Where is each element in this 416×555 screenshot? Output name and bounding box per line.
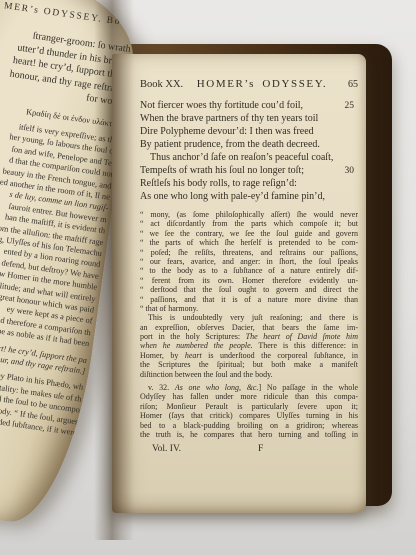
footnote-text: “ the parts of which ſhe herſelf is pret… <box>140 238 358 247</box>
footnote-text: There is this difference: in <box>253 341 358 350</box>
footnote-line: “ mony, (as ſome philoſophically aſſert)… <box>140 210 358 219</box>
verse-text: Not fiercer woes thy fortitude cou’d foi… <box>140 100 303 111</box>
verse-line: Reſtleſs his body rolls, to rage reſign’… <box>140 177 358 190</box>
footnote-line: “ the parts of which ſhe herſelf is pret… <box>140 238 358 247</box>
verse-text: When the brave partners of thy ten years… <box>140 113 318 124</box>
footnote-text: “ we ſee the contrary, we ſee the ſoul g… <box>140 229 358 238</box>
footnote-text: “ paſſions, and that it is of a nature m… <box>140 295 358 304</box>
footnote-text: diſtinction between the ſoul and the bod… <box>140 370 273 379</box>
footnote-text: Odyſſey has fallen under more ridicule t… <box>140 392 358 401</box>
volume-label: Vol. IV. <box>152 444 181 454</box>
footnote-text: heart <box>185 351 202 360</box>
verse-text: By patient prudence, from the death decr… <box>140 139 320 150</box>
footnote-text: Homer, by <box>140 351 185 360</box>
footnote-text: bed to a black-pudding broiling on a gri… <box>140 421 358 430</box>
footnote-line: This is undoubtedly very juſt reaſoning;… <box>140 313 358 322</box>
footnote-line: “ that of harmony. <box>140 304 358 313</box>
footnote-line: v. 32. As one who long, &c.] No paſſage … <box>140 383 358 392</box>
footnote-line: Homer, by heart is underſtood the corpor… <box>140 351 358 360</box>
footnote-text: “ mony, (as ſome philoſophically aſſert)… <box>140 210 358 219</box>
footnote-line: “ paſſions, and that it is of a nature m… <box>140 295 358 304</box>
footnote-line: Odyſſey has fallen under more ridicule t… <box>140 392 358 401</box>
footnote-text: port in the holy Scriptures: <box>140 332 246 341</box>
running-header: Book XX. HOMER’s ODYSSEY. 65 <box>140 78 358 90</box>
footnote-line: the Scriptures the ſpiritual; but both m… <box>140 360 358 369</box>
left-running-header: MER’s ODYSSEY. Book <box>0 0 135 29</box>
footnote-text: the Scriptures the ſpiritual; but both m… <box>140 360 358 369</box>
verse-text: Thus anchor’d ſafe on reaſon’s peaceful … <box>140 152 333 163</box>
verse-text: Tempeſts of wrath his ſoul no longer toſ… <box>140 165 304 176</box>
footnote-line: Homer (ſays that critick) compares Ulyſſ… <box>140 411 358 420</box>
footnote-text: when he numbered the people. <box>140 341 253 350</box>
verse-line: As one who long with pale-ey’d famine pi… <box>140 190 358 203</box>
footnote-line: “ act diſcordantly from the parts which … <box>140 219 358 228</box>
footnote-text: “ poſed; ſhe reſiſts, threatens, and reſ… <box>140 248 358 257</box>
book-photo: MER’s ODYSSEY. Book ſtranger-groom: ſo w… <box>0 0 416 555</box>
footnote-line: the truth is, he compares that hero turn… <box>140 430 358 439</box>
footnote-block: “ mony, (as ſome philoſophically aſſert)… <box>140 210 358 439</box>
footnote-line: “ we ſee the contrary, we ſee the ſoul g… <box>140 229 358 238</box>
footnote-text: the truth is, he compares that hero turn… <box>140 430 358 439</box>
verse-line: By patient prudence, from the death decr… <box>140 138 358 151</box>
verse-line: Dire Polypheme devour’d: I then was free… <box>140 125 358 138</box>
verse-text: As one who long with pale-ey’d famine pi… <box>140 191 325 202</box>
verse-line: Thus anchor’d ſafe on reaſon’s peaceful … <box>140 151 358 164</box>
header-title: HOMER’s ODYSSEY. <box>192 78 332 90</box>
footnote-line: diſtinction between the ſoul and the bod… <box>140 370 358 379</box>
footnote-text: As one who long, &c. <box>175 383 259 392</box>
footnote-line: bed to a black-pudding broiling on a gri… <box>140 421 358 430</box>
left-footnote-block: Κραδίη δέ οι ένδον υλάκτει.itſelf is ver… <box>0 84 121 439</box>
right-page-text: Book XX. HOMER’s ODYSSEY. 65 Not fiercer… <box>140 78 358 456</box>
footnote-text: ] No paſſage in the whole <box>258 383 358 392</box>
verse-text: Reſtleſs his body rolls, to rage reſign’… <box>140 178 297 189</box>
verse-line: Tempeſts of wrath his ſoul no longer toſ… <box>140 164 358 177</box>
footnote-text: v. 32. <box>148 383 175 392</box>
footnote-line: riſon; Monſieur Perault is particularly … <box>140 402 358 411</box>
footnote-text: “ that of harmony. <box>140 304 198 313</box>
right-page: Book XX. HOMER’s ODYSSEY. 65 Not fiercer… <box>112 54 366 513</box>
verse-line: Not fiercer woes thy fortitude cou’d foi… <box>140 99 358 112</box>
header-page-number: 65 <box>332 79 358 90</box>
catchline: Vol. IV. F <box>140 444 358 456</box>
footnote-line: port in the holy Scriptures: The heart o… <box>140 332 358 341</box>
footnote-text: “ to the body as to a ſubſtance of a nat… <box>140 266 358 275</box>
footnote-text: The heart of David ſmote him <box>246 332 358 341</box>
footnote-text: This is undoubtedly very juſt reaſoning;… <box>148 313 358 322</box>
verse-block: Not fiercer woes thy fortitude cou’d foi… <box>140 99 358 203</box>
footnote-text: “ our fears, avarice, and anger: in ſhor… <box>140 257 358 266</box>
signature-mark: F <box>258 444 263 454</box>
footnote-line: when he numbered the people. There is th… <box>140 341 358 350</box>
footnote-line: “ derſtood that the ſoul ought to govern… <box>140 285 358 294</box>
footnote-line: “ to the body as to a ſubſtance of a nat… <box>140 266 358 275</box>
footnote-line: “ poſed; ſhe reſiſts, threatens, and reſ… <box>140 248 358 257</box>
footnote-text: “ act diſcordantly from the parts which … <box>140 219 358 228</box>
verse-text: Dire Polypheme devour’d: I then was free… <box>140 126 314 137</box>
footnote-text: an expreſſion, obſerves Dacier, that bea… <box>140 323 358 332</box>
header-book-label: Book XX. <box>140 79 192 90</box>
footnote-line: “ our fears, avarice, and anger: in ſhor… <box>140 257 358 266</box>
footnote-text: “ ferent from its own. Homer therefore e… <box>140 276 358 285</box>
verse-line: When the brave partners of thy ten years… <box>140 112 358 125</box>
footnote-line: “ ferent from its own. Homer therefore e… <box>140 276 358 285</box>
footnote-text: is underſtood the corporeal ſubſtance, i… <box>202 351 358 360</box>
footnote-text: Homer (ſays that critick) compares Ulyſſ… <box>140 411 358 420</box>
footnote-text: riſon; Monſieur Perault is particularly … <box>140 402 358 411</box>
footnote-text: “ derſtood that the ſoul ought to govern… <box>140 285 358 294</box>
footnote-line: an expreſſion, obſerves Dacier, that bea… <box>140 323 358 332</box>
